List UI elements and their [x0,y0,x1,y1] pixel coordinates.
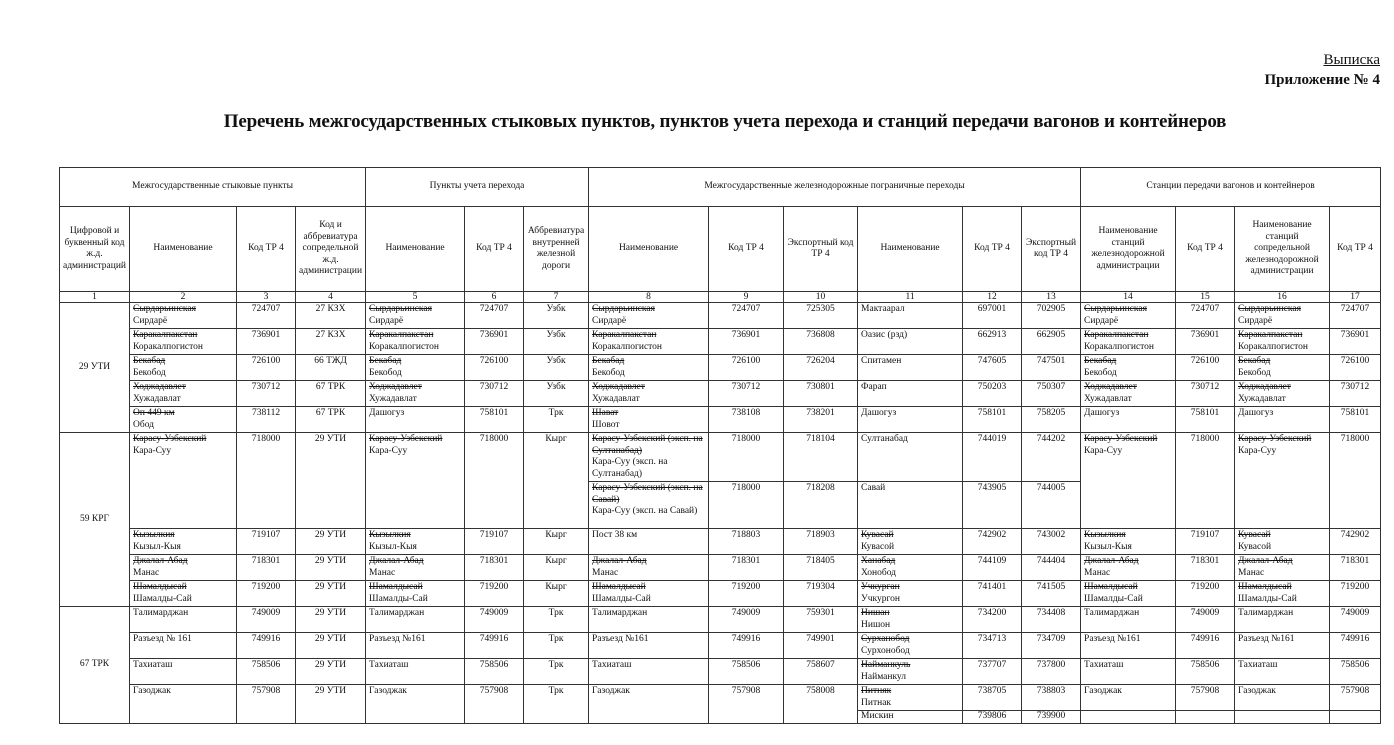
group-header-junctions: Межгосударственные стыковые пункты [60,168,366,207]
table-row: Тахиаташ 758506 29 УТИ Тахиаташ 758506 Т… [60,659,1381,685]
new-name: Кызыл-Кыя [133,542,233,554]
new-name: Манас [133,568,233,580]
old-name: Карасу-Узбекский (эксп. на Султанабад) [592,434,705,457]
code-cell: 757908 [1330,685,1381,711]
table-row: 59 КРГ Карасу-УзбекскийКара-Суу 718000 2… [60,433,1381,482]
code-cell: 719107 [237,529,296,555]
code-cell: 744109 [963,555,1022,581]
name-cell: Джалал-АбадМанас [589,555,709,581]
old-name: Питняк [861,686,959,698]
code-cell: 744019 [963,433,1022,482]
new-name: Шамалды-Сай [369,594,461,606]
name-cell: ШамалдысайШамалды-Сай [589,581,709,607]
name-cell: Газоджак [130,685,237,724]
admin-code-cell: 67 ТРК [60,607,130,724]
name-cell: Газоджак [1081,685,1176,711]
name-cell: СырдарьинскаяСирдарё [1235,303,1330,329]
empty-cell [1081,711,1176,724]
new-name: Питнак [861,698,959,710]
adm-cell: 27 КЗХ [296,303,366,329]
old-name: Шамалдысай [592,582,705,594]
name-cell: КувасайКувасой [1235,529,1330,555]
name-cell: Карасу-УзбекскийКара-Суу [366,433,465,529]
appendix-label: Приложение № 4 [1264,72,1380,89]
name-cell: Карасу-УзбекскийКара-Суу [1235,433,1330,529]
old-name: Ходжадавлет [1084,382,1172,394]
export-code-cell: 718104 [784,433,858,482]
code-cell: 736901 [237,329,296,355]
export-code-cell: 736808 [784,329,858,355]
table-row: ХоджадавлетХужадавлат 730712 67 ТРК Ходж… [60,381,1381,407]
export-code-cell: 744005 [1022,482,1081,529]
code-cell: 738108 [709,407,784,433]
name-cell: Разъезд №161 [366,633,465,659]
code-cell: 743905 [963,482,1022,529]
col-header-10: Экспортный код ТР 4 [784,207,858,292]
name-cell: Тахиаташ [366,659,465,685]
new-name: Кувасой [1238,542,1326,554]
old-name: Кувасай [861,530,959,542]
abbr-cell: Узбк [524,355,589,381]
table-row: 29 УТИ СырдарьинскаяСирдарё 724707 27 КЗ… [60,303,1381,329]
name-cell: Тахиаташ [130,659,237,685]
old-name: Шамалдысай [1238,582,1326,594]
old-name: Карасу-Узбекский [133,434,233,446]
old-name: Карасу-Узбекский (эксп. на Савай) [592,483,705,506]
col-header-7: Аббревиатура внутренней железной дороги [524,207,589,292]
name-cell: Разъезд №161 [589,633,709,659]
export-code-cell: 749901 [784,633,858,659]
export-code-cell: 737800 [1022,659,1081,685]
code-cell: 718000 [465,433,524,529]
adm-cell: 29 УТИ [296,607,366,633]
name-cell: БекабадБекобод [130,355,237,381]
name-cell: ШамалдысайШамалды-Сай [130,581,237,607]
table-row: Разъезд № 161 749916 29 УТИ Разъезд №161… [60,633,1381,659]
col-number: 12 [963,292,1022,303]
adm-cell: 67 ТРК [296,381,366,407]
new-name: Коракалпогистон [592,342,705,354]
code-cell: 718301 [1176,555,1235,581]
abbr-cell: Трк [524,633,589,659]
old-name: Карасу-Узбекский [1238,434,1326,446]
export-code-cell: 758205 [1022,407,1081,433]
code-cell: 724707 [465,303,524,329]
export-code-cell: 718903 [784,529,858,555]
code-cell: 718803 [709,529,784,555]
export-code-cell: 750307 [1022,381,1081,407]
code-cell: 719200 [465,581,524,607]
export-code-cell: 738803 [1022,685,1081,711]
abbr-cell: Узбк [524,329,589,355]
stations-table: Межгосударственные стыковые пункты Пункт… [59,167,1381,724]
code-cell: 757908 [465,685,524,724]
code-cell: 726100 [1330,355,1381,381]
new-name: Сирдарё [369,316,461,328]
old-name: Ханабад [861,556,959,568]
code-cell: 719107 [465,529,524,555]
new-name: Хужадавлат [592,394,705,406]
name-cell: НишанНишон [858,607,963,633]
abbr-cell: Трк [524,407,589,433]
new-name: Кара-Суу [133,446,233,458]
col-number: 10 [784,292,858,303]
code-cell: 734713 [963,633,1022,659]
abbr-cell: Кырг [524,555,589,581]
export-code-cell: 719304 [784,581,858,607]
col-number: 13 [1022,292,1081,303]
new-name: Сирдарё [592,316,705,328]
adm-cell: 29 УТИ [296,633,366,659]
name-cell: БекабадБекобод [589,355,709,381]
old-name: Джалал-Абад [592,556,705,568]
name-cell: БекабадБекобод [366,355,465,381]
code-cell: 718301 [237,555,296,581]
export-code-cell: 744404 [1022,555,1081,581]
name-cell: Тахиаташ [589,659,709,685]
col-number: 1 [60,292,130,303]
old-name: Карасу-Узбекский [1084,434,1172,446]
code-cell: 726100 [237,355,296,381]
name-cell: Джалал-АбадМанас [130,555,237,581]
name-cell: КаракалпакстанКоракалпогистон [1235,329,1330,355]
new-name: Обод [133,420,233,432]
new-name: Сирдарё [133,316,233,328]
col-header-13: Экспортный код ТР 4 [1022,207,1081,292]
col-header-4: Код и аббревиатура сопредельной ж.д. адм… [296,207,366,292]
new-name: Манас [369,568,461,580]
code-cell: 730712 [465,381,524,407]
code-cell: 757908 [237,685,296,724]
adm-cell: 29 УТИ [296,555,366,581]
col-number: 6 [465,292,524,303]
old-name: Джалал-Абад [369,556,461,568]
new-name: Коракалпогистон [1238,342,1326,354]
name-cell: Талимарджан [589,607,709,633]
old-name: Ходжадавлет [133,382,233,394]
table-row: КызылкияКызыл-Кыя 719107 29 УТИ Кызылкия… [60,529,1381,555]
col-header-12: Код ТР 4 [963,207,1022,292]
code-cell: 747605 [963,355,1022,381]
old-name: Сырдарьинская [1238,304,1326,316]
name-cell: ХанабадХонобод [858,555,963,581]
old-name: Кызылкия [133,530,233,542]
new-name: Хонобод [861,568,959,580]
name-cell: Карасу-УзбекскийКара-Суу [130,433,237,529]
old-name: Ходжадавлет [1238,382,1326,394]
col-header-16: Наименование станций сопредельной железн… [1235,207,1330,292]
code-cell: 749009 [1176,607,1235,633]
name-cell: ШамалдысайШамалды-Сай [1235,581,1330,607]
export-code-cell: 747501 [1022,355,1081,381]
old-name: Сырдарьинская [369,304,461,316]
code-cell: 749916 [1176,633,1235,659]
code-cell: 750203 [963,381,1022,407]
name-cell: ШамалдысайШамалды-Сай [366,581,465,607]
code-cell: 719200 [237,581,296,607]
abbr-cell: Узбк [524,303,589,329]
name-cell: ШаватШовот [589,407,709,433]
new-name: Манас [592,568,705,580]
name-cell: Мискин [858,711,963,724]
code-cell: 758506 [1176,659,1235,685]
export-code-cell: 741505 [1022,581,1081,607]
old-name: Ходжадавлет [592,382,705,394]
code-cell: 736901 [1176,329,1235,355]
name-cell: БекабадБекобод [1081,355,1176,381]
name-cell: СырдарьинскаяСирдарё [1081,303,1176,329]
name-cell: Савай [858,482,963,529]
name-cell: НайманкульНайманкул [858,659,963,685]
table-row: Джалал-АбадМанас 718301 29 УТИ Джалал-Аб… [60,555,1381,581]
adm-cell: 29 УТИ [296,581,366,607]
old-name: Карасу-Узбекский [369,434,461,446]
old-name: Бекабад [1084,356,1172,368]
abbr-cell: Трк [524,685,589,724]
col-header-6: Код ТР 4 [465,207,524,292]
code-cell: 719200 [1176,581,1235,607]
name-cell: Разъезд №161 [1235,633,1330,659]
name-cell: Талимарджан [130,607,237,633]
code-cell: 719200 [709,581,784,607]
new-name: Кара-Суу [1238,446,1326,458]
name-cell: Газоджак [589,685,709,724]
code-cell: 724707 [1176,303,1235,329]
old-name: Кувасай [1238,530,1326,542]
code-cell: 730712 [1176,381,1235,407]
old-name: Шамалдысай [1084,582,1172,594]
old-name: Ходжадавлет [369,382,461,394]
code-cell: 718000 [1176,433,1235,529]
new-name: Сурхонобод [861,646,959,658]
name-cell: КаракалпакстанКоракалпогистон [130,329,237,355]
new-name: Сирдарё [1084,316,1172,328]
name-cell: Тахиаташ [1235,659,1330,685]
abbr-cell: Трк [524,659,589,685]
col-number: 4 [296,292,366,303]
name-cell: ПитнякПитнак [858,685,963,711]
code-cell: 757908 [1176,685,1235,711]
new-name: Бекобод [592,368,705,380]
old-name: Нишан [861,608,959,620]
new-name: Найманкул [861,672,959,684]
group-header-accounting: Пункты учета перехода [366,168,589,207]
code-cell: 749916 [465,633,524,659]
new-name: Кызыл-Кыя [1084,542,1172,554]
export-code-cell: 758607 [784,659,858,685]
adm-cell: 67 ТРК [296,407,366,433]
name-cell: КувасайКувасой [858,529,963,555]
name-cell: Пост 38 км [589,529,709,555]
code-cell: 758101 [1330,407,1381,433]
adm-cell: 29 УТИ [296,685,366,724]
export-code-cell: 734709 [1022,633,1081,659]
name-cell: ХоджадавлетХужадавлат [1081,381,1176,407]
new-name: Манас [1238,568,1326,580]
table-row: КаракалпакстанКоракалпогистон 736901 27 … [60,329,1381,355]
old-name: Каракалпакстан [592,330,705,342]
empty-cell [1330,711,1381,724]
name-cell: Талимарджан [1081,607,1176,633]
new-name: Манас [1084,568,1172,580]
old-name: Шамалдысай [369,582,461,594]
export-code-cell: 726204 [784,355,858,381]
name-cell: ХоджадавлетХужадавлат [589,381,709,407]
code-cell: 718000 [1330,433,1381,529]
adm-cell: 29 УТИ [296,659,366,685]
name-cell: СырдарьинскаяСирдарё [589,303,709,329]
old-name: Каракалпакстан [133,330,233,342]
name-cell: КызылкияКызыл-Кыя [130,529,237,555]
col-number: 8 [589,292,709,303]
abbr-cell: Узбк [524,381,589,407]
name-cell: Газоджак [1235,685,1330,711]
old-name: Каракалпакстан [369,330,461,342]
export-code-cell: 662905 [1022,329,1081,355]
code-cell: 757908 [709,685,784,724]
new-name: Шамалды-Сай [1238,594,1326,606]
code-cell: 719107 [1176,529,1235,555]
name-cell: Разъезд №161 [1081,633,1176,659]
code-cell: 758506 [465,659,524,685]
name-cell: Джалал-АбадМанас [1081,555,1176,581]
name-cell: Дашогуз [1235,407,1330,433]
code-cell: 726100 [465,355,524,381]
table-row: ШамалдысайШамалды-Сай 719200 29 УТИ Шама… [60,581,1381,607]
col-header-8: Наименование [589,207,709,292]
old-name: Учкурган [861,582,959,594]
name-cell: Дашогуз [858,407,963,433]
adm-cell: 29 УТИ [296,529,366,555]
name-cell: СырдарьинскаяСирдарё [130,303,237,329]
new-name: Шамалды-Сай [1084,594,1172,606]
name-cell: Джалал-АбадМанас [1235,555,1330,581]
code-cell: 739806 [963,711,1022,724]
new-name: Коракалпогистон [369,342,461,354]
code-cell: 718301 [1330,555,1381,581]
code-cell: 718301 [465,555,524,581]
new-name: Коракалпогистон [133,342,233,354]
old-name: Бекабад [369,356,461,368]
name-cell: Талимарджан [1235,607,1330,633]
code-cell: 749916 [237,633,296,659]
code-cell: 749916 [709,633,784,659]
old-name: Каракалпакстан [1084,330,1172,342]
code-cell: 718000 [237,433,296,529]
name-cell: Дашогуз [366,407,465,433]
col-number: 5 [366,292,465,303]
name-cell: Разъезд № 161 [130,633,237,659]
admin-code-cell: 59 КРГ [60,433,130,607]
old-name: Каракалпакстан [1238,330,1326,342]
adm-cell: 27 КЗХ [296,329,366,355]
col-number: 9 [709,292,784,303]
code-cell: 718000 [709,433,784,482]
code-cell: 749009 [709,607,784,633]
new-name: Бекобод [1084,368,1172,380]
old-name: Бекабад [1238,356,1326,368]
code-cell: 724707 [237,303,296,329]
export-code-cell: 734408 [1022,607,1081,633]
name-cell: ХоджадавлетХужадавлат [366,381,465,407]
adm-cell: 66 ТЖД [296,355,366,381]
col-number: 15 [1176,292,1235,303]
export-code-cell: 738201 [784,407,858,433]
admin-code-cell: 29 УТИ [60,303,130,433]
col-header-11: Наименование [858,207,963,292]
col-header-2: Наименование [130,207,237,292]
code-cell: 749009 [237,607,296,633]
page-title: Перечень межгосударственных стыковых пун… [0,111,1394,133]
code-cell: 758506 [1330,659,1381,685]
abbr-cell: Кырг [524,581,589,607]
new-name: Сирдарё [1238,316,1326,328]
table-row: Газоджак 757908 29 УТИ Газоджак 757908 Т… [60,685,1381,711]
name-cell: Газоджак [366,685,465,724]
code-cell: 724707 [709,303,784,329]
export-code-cell: 758008 [784,685,858,724]
code-cell: 697001 [963,303,1022,329]
export-code-cell: 725305 [784,303,858,329]
export-code-cell: 743002 [1022,529,1081,555]
new-name: Шамалды-Сай [133,594,233,606]
table-row: Оп 449 кмОбод 738112 67 ТРК Дашогуз 7581… [60,407,1381,433]
old-name: Сырдарьинская [133,304,233,316]
code-cell: 736901 [709,329,784,355]
code-cell: 718301 [709,555,784,581]
group-header-transfer: Станции передачи вагонов и контейнеров [1081,168,1381,207]
col-number: 14 [1081,292,1176,303]
name-cell: КызылкияКызыл-Кыя [366,529,465,555]
name-cell: Оп 449 кмОбод [130,407,237,433]
name-cell: ХоджадавлетХужадавлат [130,381,237,407]
name-cell: Султанабад [858,433,963,482]
col-number: 17 [1330,292,1381,303]
old-name: Сурханобод [861,634,959,646]
name-cell: СырдарьинскаяСирдарё [366,303,465,329]
name-cell: КаракалпакстанКоракалпогистон [1081,329,1176,355]
group-header-row: Межгосударственные стыковые пункты Пункт… [60,168,1381,207]
new-name: Кара-Суу [1084,446,1172,458]
name-cell: СурханободСурхонобод [858,633,963,659]
code-cell: 724707 [1330,303,1381,329]
old-name: Сырдарьинская [1084,304,1172,316]
code-cell: 749009 [465,607,524,633]
code-cell: 726100 [709,355,784,381]
old-name: Кызылкия [369,530,461,542]
name-cell: ХоджадавлетХужадавлат [1235,381,1330,407]
code-cell: 662913 [963,329,1022,355]
old-name: Кызылкия [1084,530,1172,542]
name-cell: Джалал-АбадМанас [366,555,465,581]
old-name: Найманкуль [861,660,959,672]
export-code-cell: 744202 [1022,433,1081,482]
col-header-1: Цифровой и буквенный код ж.д. администра… [60,207,130,292]
col-header-5: Наименование [366,207,465,292]
export-code-cell: 739900 [1022,711,1081,724]
name-cell: Оазис (рзд) [858,329,963,355]
name-cell: Карасу-УзбекскийКара-Суу [1081,433,1176,529]
name-cell: КызылкияКызыл-Кыя [1081,529,1176,555]
code-cell: 730712 [1330,381,1381,407]
abbr-cell: Кырг [524,529,589,555]
export-code-cell: 718405 [784,555,858,581]
new-name: Шамалды-Сай [592,594,705,606]
adm-cell: 29 УТИ [296,433,366,529]
code-cell: 742902 [963,529,1022,555]
name-cell: Дашогуз [1081,407,1176,433]
code-cell: 758101 [465,407,524,433]
